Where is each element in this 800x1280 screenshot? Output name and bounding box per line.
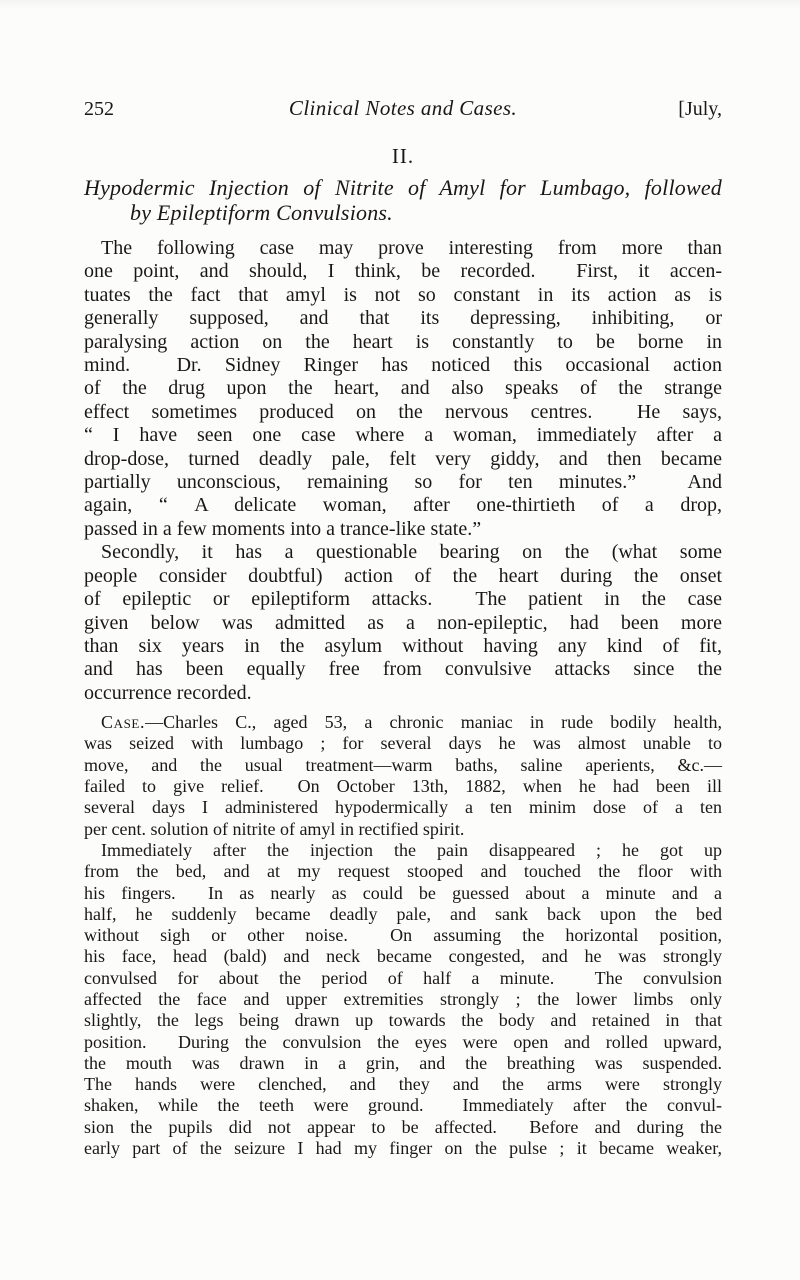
paragraph-case-observations: Immediately after the injection the pain… [84,840,722,1159]
text-line: his fingers. In as nearly as could be gu… [84,883,722,904]
text-line: early part of the seizure I had my finge… [84,1138,722,1159]
text-line: paralysing action on the heart is consta… [84,331,722,354]
text-line: move, and the usual treatment—warm baths… [84,755,722,776]
page-content: 252 Clinical Notes and Cases. [July, II.… [84,97,722,1159]
text-line: people consider doubtful) action of the … [84,565,722,588]
text-line: convulsed for about the period of half a… [84,968,722,989]
text-line: failed to give relief. On October 13th, … [84,776,722,797]
text-line: of the drug upon the heart, and also spe… [84,377,722,400]
text-line: of epileptic or epileptiform attacks. Th… [84,588,722,611]
text-line: sion the pupils did not appear to be aff… [84,1117,722,1138]
text-line: The hands were clenched, and they and th… [84,1074,722,1095]
running-title: Clinical Notes and Cases. [194,97,612,120]
text-line: Secondly, it has a questionable bearing … [84,541,722,564]
text-line: affected the face and upper extremities … [84,989,722,1010]
text-line: effect sometimes produced on the nervous… [84,401,722,424]
article-title-line: Hypodermic Injection of Nitrite of Amyl … [84,175,722,200]
text-line: partially unconscious, remaining so for … [84,471,722,494]
text-line: one point, and should, I think, be recor… [84,260,722,283]
text-line: without sigh or other noise. On assuming… [84,925,722,946]
page-number: 252 [84,98,194,121]
text-line: his face, head (bald) and neck became co… [84,946,722,967]
text-line: drop-dose, turned deadly pale, felt very… [84,448,722,471]
text-line: passed in a few moments into a trance-li… [84,518,722,541]
text-line: mind. Dr. Sidney Ringer has noticed this… [84,354,722,377]
text-line: was seized with lumbago ; for several da… [84,733,722,754]
paragraph-introduction-first: The following case may prove interesting… [84,237,722,541]
text-line: position. During the convulsion the eyes… [84,1032,722,1053]
case-label: Case. [101,712,145,732]
case-first-line-rest: —Charles C., aged 53, a chronic maniac i… [145,712,722,732]
text-line: The following case may prove interesting… [84,237,722,260]
issue-label: [July, [612,98,722,121]
text-line: than six years in the asylum without hav… [84,635,722,658]
text-line: from the bed, and at my request stooped … [84,861,722,882]
article-title: Hypodermic Injection of Nitrite of Amyl … [84,175,722,225]
text-line: given below was admitted as a non-epilep… [84,612,722,635]
text-line: tuates the fact that amyl is not so cons… [84,284,722,307]
text-line: per cent. solution of nitrite of amyl in… [84,819,722,840]
text-line: several days I administered hypodermical… [84,797,722,818]
journal-page: 252 Clinical Notes and Cases. [July, II.… [0,0,800,1280]
text-line: shaken, while the teeth were ground. Imm… [84,1095,722,1116]
text-line: Case.—Charles C., aged 53, a chronic man… [84,712,722,733]
text-line: occurrence recorded. [84,682,722,705]
text-line: slightly, the legs being drawn up toward… [84,1010,722,1031]
section-number: II. [84,146,722,167]
text-line: and has been equally free from convulsiv… [84,658,722,681]
text-line: generally supposed, and that its depress… [84,307,722,330]
text-line: half, he suddenly became deadly pale, an… [84,904,722,925]
page-header: 252 Clinical Notes and Cases. [July, [84,97,722,121]
text-line: again, “ A delicate woman, after one-thi… [84,494,722,517]
paragraph-case-report: Case.—Charles C., aged 53, a chronic man… [84,712,722,840]
article-title-line: by Epileptiform Convulsions. [84,200,722,225]
text-line: Immediately after the injection the pain… [84,840,722,861]
text-line: “ I have seen one case where a woman, im… [84,424,722,447]
paragraph-introduction-second: Secondly, it has a questionable bearing … [84,541,722,705]
text-line: the mouth was drawn in a grin, and the b… [84,1053,722,1074]
case-report-lines: was seized with lumbago ; for several da… [84,733,722,839]
